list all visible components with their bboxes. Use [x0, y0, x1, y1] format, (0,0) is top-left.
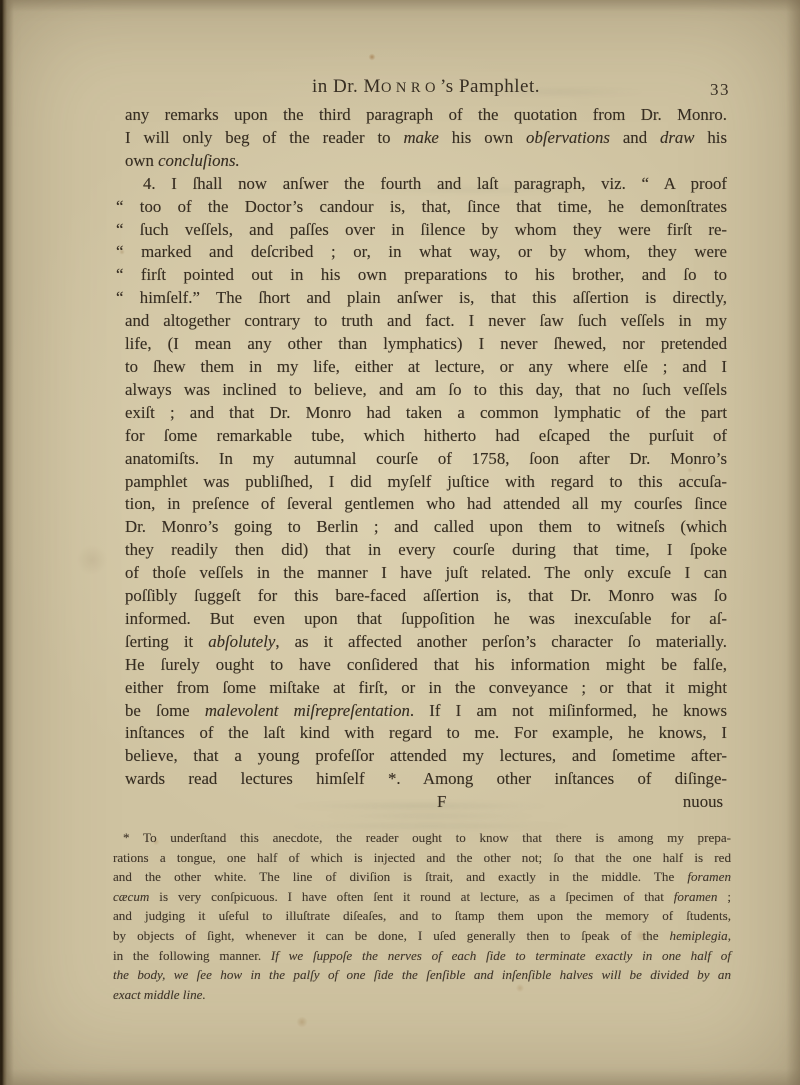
text-line: informed. But even upon that ſuppoſition…: [125, 608, 727, 631]
text-segment: be ſome: [125, 701, 205, 720]
text-segment: pamphlet was publiſhed, I did myſelf juſ…: [125, 472, 727, 491]
text-line: any remarks upon the third paragraph of …: [125, 104, 727, 127]
text-segment: 4. I ſhall now anſwer the fourth and laſ…: [143, 174, 727, 193]
text-segment: of thoſe veſſels in the manner I have ju…: [125, 563, 727, 582]
text-line: “ ſuch veſſels, and paſſes over in ſilen…: [125, 219, 727, 242]
text-segment: to ſhew them in my life, either at lectu…: [125, 357, 727, 376]
text-line: of thoſe veſſels in the manner I have ju…: [125, 562, 727, 585]
text-segment: for ſome remarkable tube, which hitherto…: [125, 426, 727, 445]
text-segment: “ too of the Doctor’s candour is, that, …: [116, 197, 727, 216]
text-line: in the following manner. If we ſuppoſe t…: [113, 946, 731, 966]
italic-text: obſervations: [526, 128, 610, 147]
text-segment: “ himſelf.” The ſhort and plain anſwer i…: [116, 288, 727, 307]
running-title-suffix: ’s Pamphlet.: [440, 76, 540, 97]
running-title-prefix: in Dr. M: [312, 76, 381, 97]
text-line: Dr. Monro’s going to Berlin ; and called…: [125, 516, 727, 539]
text-segment: wards read lectures himſelf *. Among oth…: [125, 769, 727, 788]
text-line: poſſibly ſuggeſt for this bare-faced aſſ…: [125, 585, 727, 608]
text-line: “ marked and deſcribed ; or, in what way…: [125, 241, 727, 264]
running-header: in Dr. Monro’s Pamphlet.: [125, 76, 727, 98]
running-title-name: onro: [381, 80, 440, 96]
text-line: believe, that a young profeſſor attended…: [125, 745, 727, 768]
text-segment: tion, in preſence of ſeveral gentlemen w…: [125, 494, 727, 513]
text-segment: “ ſuch veſſels, and paſſes over in ſilen…: [116, 220, 727, 239]
text-segment: in the following manner.: [113, 948, 271, 963]
text-segment: any remarks upon the third paragraph of …: [125, 105, 727, 124]
text-line: to ſhew them in my life, either at lectu…: [125, 356, 727, 379]
italic-text: foramen: [674, 889, 718, 904]
italic-text: foramen: [687, 869, 731, 884]
text-segment: believe, that a young profeſſor attended…: [125, 746, 727, 765]
text-segment: anatomiſts. In my autumnal courſe of 175…: [125, 449, 727, 468]
text-segment: , as it affected another perſon’s charac…: [275, 632, 727, 651]
paragraph: 4. I ſhall now anſwer the fourth and laſ…: [125, 173, 727, 791]
italic-text: abſolutely: [208, 632, 275, 651]
text-segment: and altogether contrary to truth and fac…: [125, 311, 727, 330]
text-line: and judging it uſeful to illuſtrate diſe…: [113, 906, 731, 926]
footnote: * To underſtand this anecdote, the reade…: [113, 828, 731, 1004]
text-line: pamphlet was publiſhed, I did myſelf juſ…: [125, 471, 727, 494]
text-segment: always was inclined to believe, and am ſ…: [125, 380, 727, 399]
paragraphs: any remarks upon the third paragraph of …: [125, 104, 727, 791]
text-segment: I will only beg of the reader to: [125, 128, 403, 147]
italic-text: the body, we ſee how in the palſy of one…: [113, 967, 731, 982]
text-line: and altogether contrary to truth and fac…: [125, 310, 727, 333]
text-line: be ſome malevolent miſrepreſentation. If…: [125, 700, 727, 723]
text-line: ſerting it abſolutely, as it affected an…: [125, 631, 727, 654]
text-segment: by objects of ſight, whenever it can be …: [113, 928, 670, 943]
text-line: always was inclined to believe, and am ſ…: [125, 379, 727, 402]
text-line: I will only beg of the reader to make hi…: [125, 127, 727, 150]
footnote-lines: * To underſtand this anecdote, the reade…: [113, 828, 731, 1004]
text-line: and the other white. The line of diviſio…: [113, 867, 731, 887]
text-segment: exiſt ; and that Dr. Monro had taken a c…: [125, 403, 727, 422]
text-line: tion, in preſence of ſeveral gentlemen w…: [125, 493, 727, 516]
text-segment: informed. But even upon that ſuppoſition…: [125, 609, 727, 628]
text-segment: rations a tongue, one half of which is i…: [113, 850, 731, 865]
text-line: exiſt ; and that Dr. Monro had taken a c…: [125, 402, 727, 425]
italic-text: cæcum: [113, 889, 149, 904]
text-line: He ſurely ought to have conſidered that …: [125, 654, 727, 677]
text-line: they readily then did) that in every cou…: [125, 539, 727, 562]
text-segment: is very conſpicuous. I have often ſent i…: [149, 889, 673, 904]
text-line: wards read lectures himſelf *. Among oth…: [125, 768, 727, 791]
text-segment: either from ſome miſtake at firſt, or in…: [125, 678, 727, 697]
text-line: the body, we ſee how in the palſy of one…: [113, 965, 731, 985]
italic-text: malevolent miſrepreſentation: [205, 701, 410, 720]
text-segment: ,: [728, 928, 731, 943]
text-line: “ too of the Doctor’s candour is, that, …: [125, 196, 727, 219]
text-segment: He ſurely ought to have conſidered that …: [125, 655, 727, 674]
text-line: by objects of ſight, whenever it can be …: [113, 926, 731, 946]
italic-text: exact middle line.: [113, 987, 206, 1002]
text-segment: and: [610, 128, 660, 147]
text-line: * To underſtand this anecdote, the reade…: [113, 828, 731, 848]
italic-text: draw: [660, 128, 695, 147]
text-line: own concluſions.: [125, 150, 727, 173]
text-line: either from ſome miſtake at firſt, or in…: [125, 677, 727, 700]
text-segment: “ marked and deſcribed ; or, in what way…: [116, 242, 727, 261]
text-segment: own: [125, 151, 158, 170]
text-segment: “ firſt pointed out in his own preparati…: [116, 265, 727, 284]
text-segment: life, (I mean any other than lymphatics)…: [125, 334, 727, 353]
text-segment: his: [695, 128, 728, 147]
text-line: for ſome remarkable tube, which hitherto…: [125, 425, 727, 448]
text-line: exact middle line.: [113, 985, 731, 1005]
catchword: nuous: [683, 791, 723, 814]
scanned-page: in Dr. Monro’s Pamphlet. 33 any remarks …: [0, 0, 800, 1085]
text-line: 4. I ſhall now anſwer the fourth and laſ…: [125, 173, 727, 196]
text-line: “ firſt pointed out in his own preparati…: [125, 264, 727, 287]
text-segment: poſſibly ſuggeſt for this bare-faced aſſ…: [125, 586, 727, 605]
text-line: “ himſelf.” The ſhort and plain anſwer i…: [125, 287, 727, 310]
text-segment: they readily then did) that in every cou…: [125, 540, 727, 559]
text-segment: ;: [717, 889, 731, 904]
text-segment: ſerting it: [125, 632, 208, 651]
text-segment: his own: [439, 128, 526, 147]
signature-line: F nuous: [125, 791, 727, 814]
text-segment: * To underſtand this anecdote, the reade…: [123, 830, 731, 845]
text-segment: . If I am not miſinformed, he knows: [410, 701, 727, 720]
text-segment: and the other white. The line of diviſio…: [113, 869, 687, 884]
paragraph: any remarks upon the third paragraph of …: [125, 104, 727, 173]
text-segment: Dr. Monro’s going to Berlin ; and called…: [125, 517, 727, 536]
text-line: inſtances of the laſt kind with regard t…: [125, 722, 727, 745]
text-line: life, (I mean any other than lymphatics)…: [125, 333, 727, 356]
page-number: 33: [690, 80, 730, 100]
press-signature: F: [437, 791, 446, 814]
text-line: anatomiſts. In my autumnal courſe of 175…: [125, 448, 727, 471]
text-segment: and judging it uſeful to illuſtrate diſe…: [113, 908, 731, 923]
italic-text: hemiplegia: [670, 928, 728, 943]
text-line: cæcum is very conſpicuous. I have often …: [113, 887, 731, 907]
page-body-text: any remarks upon the third paragraph of …: [125, 104, 727, 814]
italic-text: If we ſuppoſe the nerves of each ſide to…: [271, 948, 731, 963]
text-line: rations a tongue, one half of which is i…: [113, 848, 731, 868]
italic-text: make: [403, 128, 438, 147]
text-segment: inſtances of the laſt kind with regard t…: [125, 723, 727, 742]
italic-text: concluſions.: [158, 151, 240, 170]
